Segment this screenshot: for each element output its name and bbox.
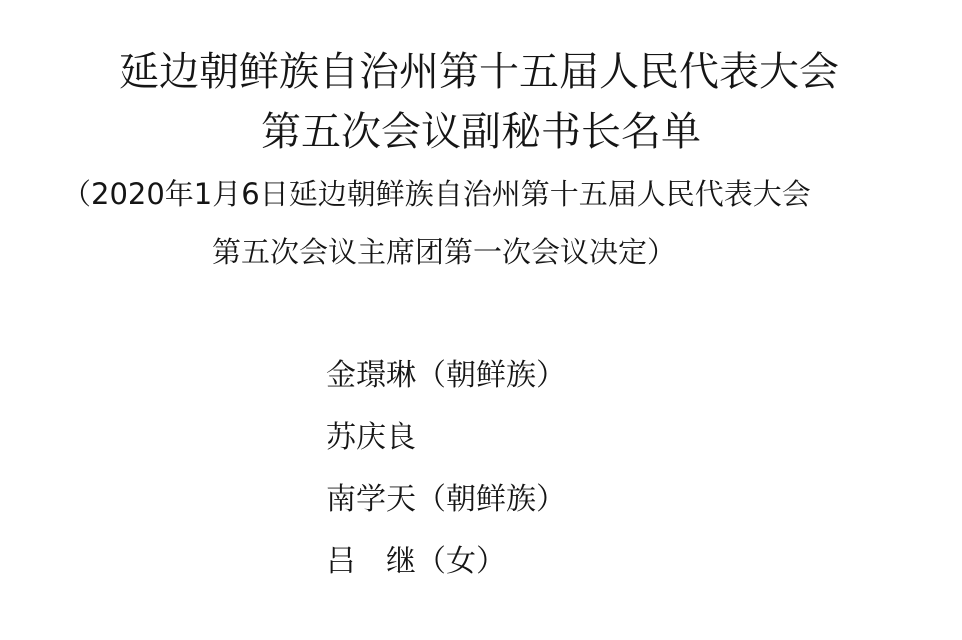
list-item: 金璟琳（朝鲜族） xyxy=(326,358,566,420)
person-note: （朝鲜族） xyxy=(416,482,566,517)
list-item: 吕 继（女） xyxy=(326,544,566,606)
list-item: 南学天（朝鲜族） xyxy=(326,482,566,544)
person-note: （女） xyxy=(416,544,506,579)
person-name: 南学天 xyxy=(326,482,416,517)
list-item: 苏庆良 xyxy=(326,420,566,482)
name-list: 金璟琳（朝鲜族） 苏庆良 南学天（朝鲜族） 吕 继（女） xyxy=(326,358,566,606)
document-title-line-1: 延边朝鲜族自治州第十五届人民代表大会 xyxy=(0,48,960,96)
decision-note-line-2: 第五次会议主席团第一次会议决定） xyxy=(212,234,676,270)
person-name: 金璟琳 xyxy=(326,358,416,393)
decision-note-line-1: （2020年1月6日延边朝鲜族自治州第十五届人民代表大会 xyxy=(62,176,811,212)
person-name: 吕 继 xyxy=(326,544,416,579)
person-note: （朝鲜族） xyxy=(416,358,566,393)
person-name: 苏庆良 xyxy=(326,420,416,455)
document-title-line-2: 第五次会议副秘书长名单 xyxy=(0,108,962,156)
